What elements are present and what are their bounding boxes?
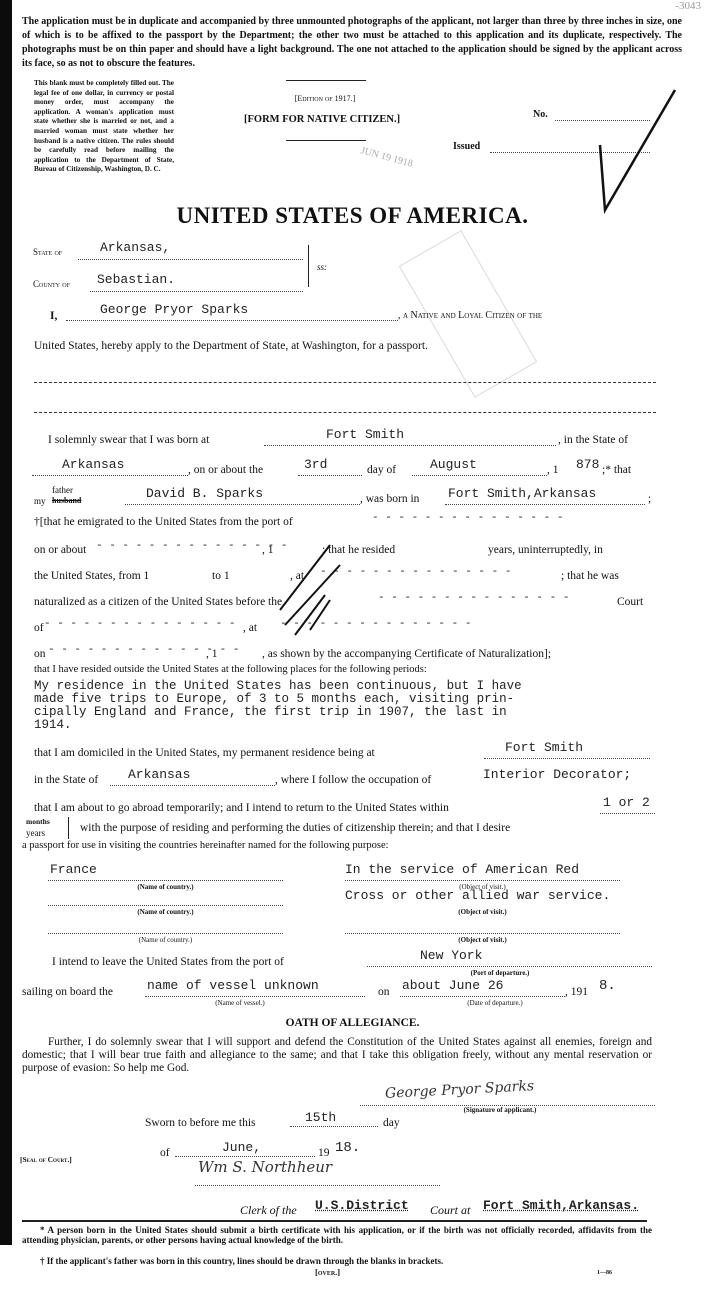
photo-notice: The application must be in duplicate and… (22, 15, 682, 71)
object-1: In the service of American Red (345, 862, 579, 877)
sworn-year: 18. (335, 1140, 360, 1156)
over-label: [over.] (315, 1267, 340, 1277)
departure-port: New York (420, 948, 482, 963)
birth-state: Arkansas (62, 457, 124, 472)
apply-text: United States, hereby apply to the Depar… (34, 340, 428, 352)
no-label: No. (533, 109, 548, 120)
document-title: UNITED STATES OF AMERICA. (0, 203, 705, 229)
state-label: State of (33, 247, 62, 257)
received-stamp: JUN 19 1918 (359, 145, 413, 169)
edition-label: [Edition of 1917.] (260, 94, 390, 103)
brace (308, 245, 309, 287)
citizen-text: , a Native and Loyal Citizen of the (398, 310, 542, 321)
state-value: Arkansas, (100, 240, 170, 255)
footnote-father: † If the applicant's father was born in … (40, 1256, 443, 1266)
divider (286, 80, 366, 81)
issued-label: Issued (453, 141, 480, 152)
court-place: Fort Smith,Arkansas. (483, 1198, 639, 1213)
departure-year: 8. (599, 978, 616, 994)
country-1: France (50, 862, 97, 877)
applicant-name: George Pryor Sparks (100, 302, 248, 317)
residence-city: Fort Smith (505, 740, 583, 755)
return-duration: 1 or 2 (603, 795, 650, 810)
corner-mark: -3043 (675, 0, 701, 12)
birth-day: 3rd (304, 457, 327, 472)
sworn-month: June, (222, 1140, 261, 1155)
father-birthplace: Fort Smith,Arkansas (448, 486, 596, 501)
vessel-name: name of vessel unknown (147, 978, 319, 993)
ss-label: ss: (317, 262, 327, 272)
form-code: 1—86 (597, 1270, 612, 1276)
form-type: [FORM FOR NATIVE CITIZEN.] (244, 114, 400, 125)
relation-father: father (52, 485, 73, 496)
divider (22, 1220, 647, 1222)
relation-husband: husband (52, 496, 81, 505)
birth-year: 878 (576, 457, 599, 472)
residence-text: My residence in the United States has be… (34, 680, 522, 732)
county-label: County of (33, 279, 70, 289)
unit-years: years (26, 828, 45, 838)
oath-title: OATH OF ALLEGIANCE. (0, 1017, 705, 1029)
scan-edge (0, 0, 12, 1245)
father-name: David B. Sparks (146, 486, 263, 501)
i-label: I, (50, 310, 57, 322)
sworn-day: 15th (305, 1110, 336, 1125)
occupation: Interior Decorator; (483, 767, 631, 782)
divider (286, 140, 366, 141)
checkmark-icon (560, 85, 680, 215)
instructions-sidenote: This blank must be completely filled out… (34, 79, 174, 175)
born-at-label: I solemnly swear that I was born at (48, 434, 209, 446)
court-name: U.S.District (315, 1198, 409, 1213)
birth-place: Fort Smith (326, 427, 404, 442)
departure-date: about June 26 (402, 978, 503, 993)
seal-label: [Seal of Court.] (20, 1155, 72, 1164)
blank-line (34, 382, 656, 383)
county-value: Sebastian. (97, 272, 175, 287)
residence-state: Arkansas (128, 767, 190, 782)
oath-text: Further, I do solemnly swear that I will… (22, 1036, 652, 1075)
strikeout-scribble (270, 540, 350, 640)
birth-month: August (430, 457, 477, 472)
clerk-signature: Wm S. Northheur (198, 1158, 332, 1176)
footnote-birth-certificate: * A person born in the United States sho… (22, 1225, 652, 1245)
unit-months: months (26, 817, 50, 826)
object-2: Cross or other allied war service. (345, 888, 610, 903)
blank-line (34, 412, 656, 413)
applicant-signature: George Pryor Sparks (385, 1078, 535, 1102)
